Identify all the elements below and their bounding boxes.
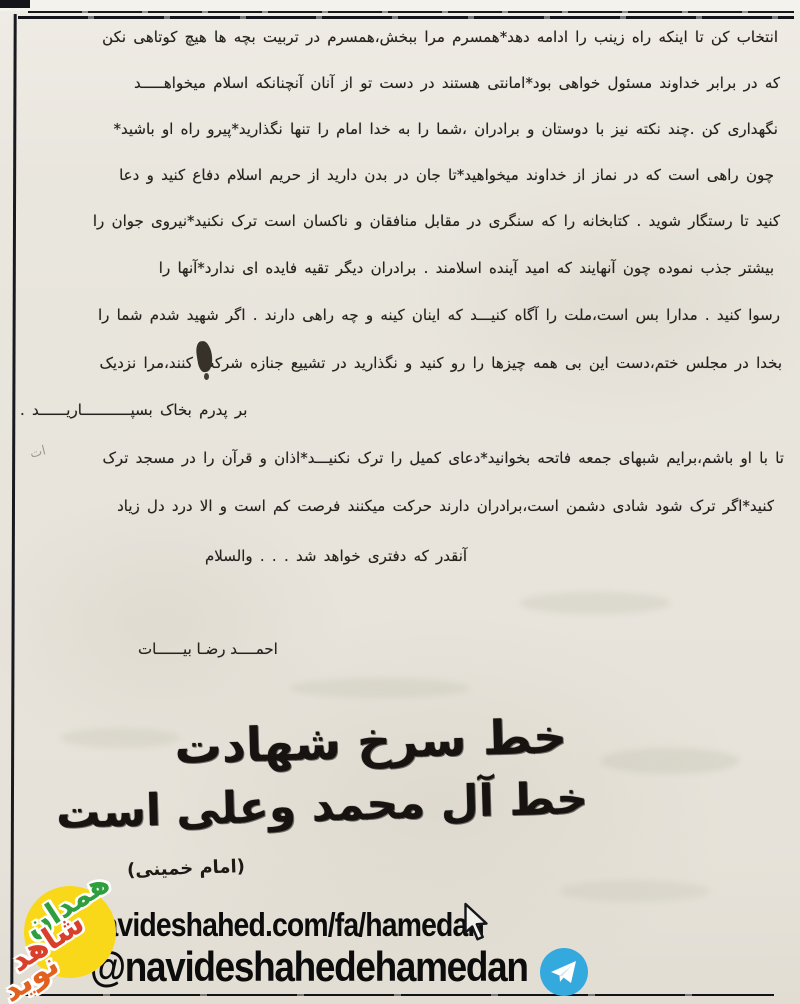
document-line: کنید تا رستگار شوید . کتابخانه را که سنگ… (93, 210, 780, 232)
top-border-line (28, 11, 794, 13)
quote-calligraphy-line-1: خط سرخ شهادت (221, 709, 567, 774)
document-line: کنید*اگر ترک شود شادی دشمن است،برادران د… (117, 495, 774, 517)
scanned-will-document: انتخاب کن تا اینکه راه زینب را ادامه دهد… (0, 0, 800, 1004)
navid-shahed-hamedan-logo: همدان شاهد نوید (0, 882, 140, 1004)
faint-margin-note: ات (28, 443, 47, 461)
bleed-through-stain (290, 678, 470, 698)
bleed-through-stain (520, 592, 670, 614)
document-line: بر پدرم بخاک بسپـــــــــــاریــــــد . (20, 399, 247, 421)
bleed-through-stain (560, 880, 710, 902)
document-line: که در برابر خداوند مسئول خواهی بود*امانت… (134, 72, 780, 94)
document-line: آنقدر که دفتری خواهد شد . . . والسلام (205, 545, 467, 567)
paper-top-margin (0, 0, 800, 11)
document-line: نگهداری کن .چند نکته نیز با دوستان و برا… (114, 118, 778, 140)
left-border-line (10, 14, 16, 995)
scan-corner-mark (0, 0, 30, 8)
document-line: رسوا کنید . مدارا بس است،ملت را آگاه کنی… (98, 304, 780, 326)
document-line: تا با او باشم،برایم شبهای جمعه فاتحه بخو… (103, 447, 785, 469)
bleed-through-stain (600, 748, 740, 774)
signature-name: احمــــد رضـا بیــــــات (138, 640, 278, 658)
quote-calligraphy-line-2: خط آل محمد وعلی است (157, 773, 588, 836)
mouse-pointer-icon (458, 901, 494, 943)
telegram-icon[interactable] (540, 948, 588, 996)
watermark-url-link[interactable]: navideshahed.com/fa/hamedan (86, 906, 484, 944)
ink-blot (204, 373, 209, 380)
document-line: انتخاب کن تا اینکه راه زینب را ادامه دهد… (102, 26, 778, 48)
top-border-line-2 (18, 16, 794, 19)
telegram-paper-plane-glyph (548, 956, 580, 988)
bleed-through-stain (60, 728, 180, 748)
telegram-handle-link[interactable]: @navideshahedehamedan (90, 943, 528, 991)
document-line: بیشتر جذب نموده چون آنهایند که امید آیند… (159, 257, 774, 279)
document-line: چون راهی است که در نماز از خداوند میخواه… (119, 164, 774, 186)
quote-attribution: (امام خمینی) (127, 856, 246, 881)
